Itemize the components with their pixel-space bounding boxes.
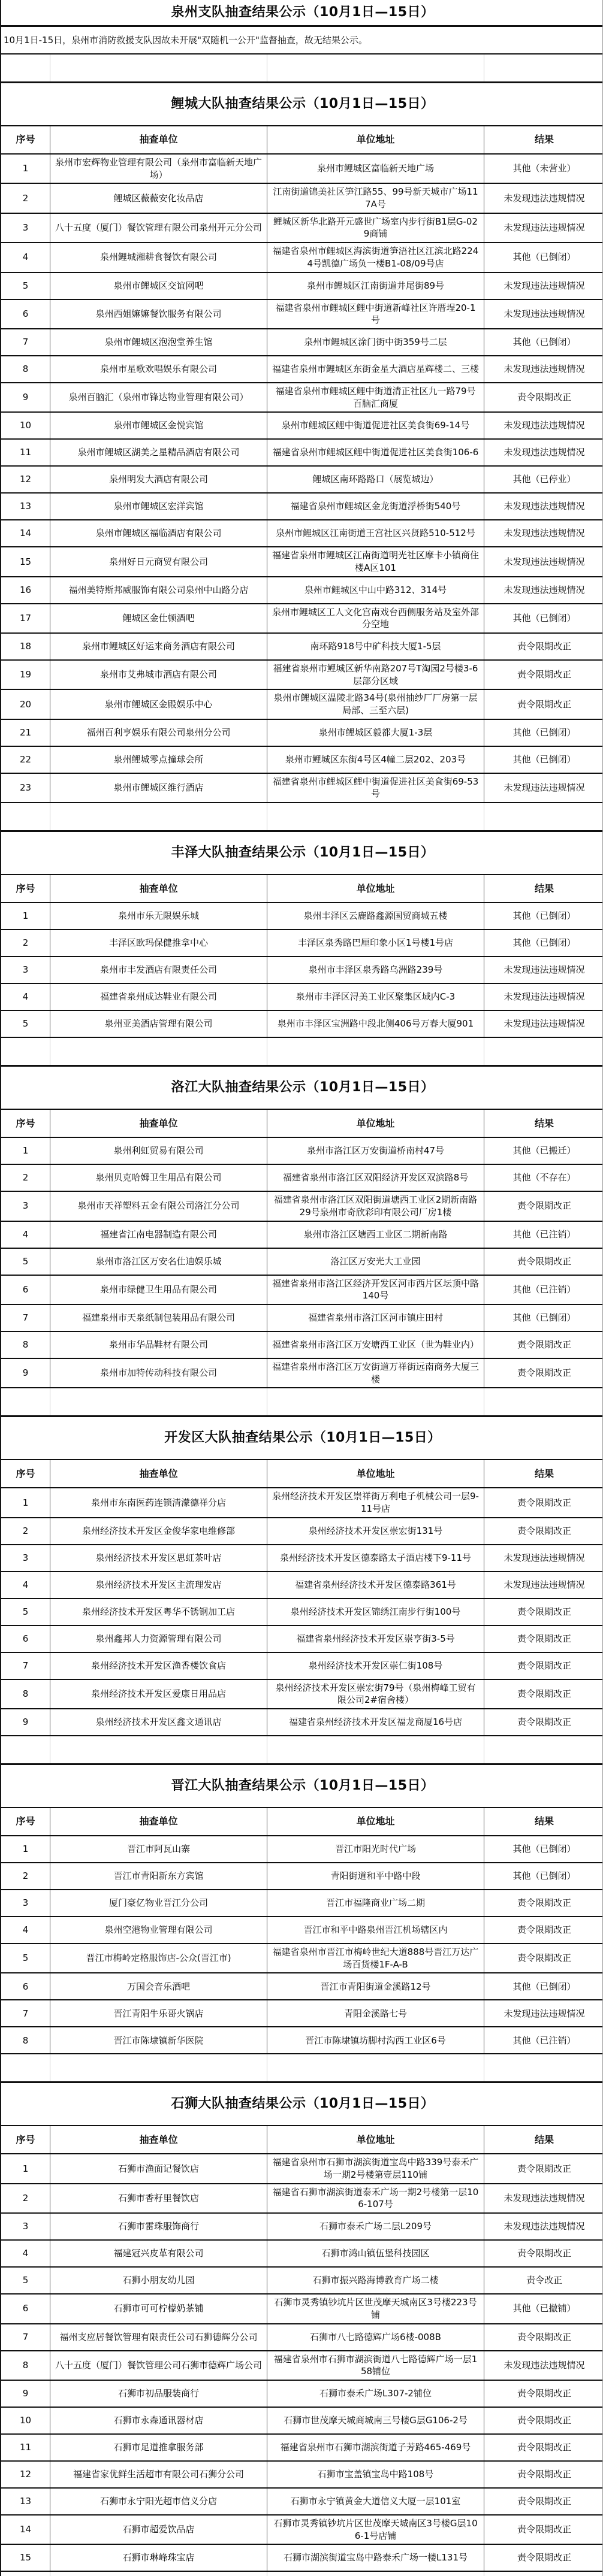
cell-address: 泉州经济技术开发区锦绣江南步行街100号 xyxy=(267,1599,484,1625)
cell-unit: 泉州贝克哈姆卫生用品有限公司 xyxy=(50,1165,267,1191)
cell-unit: 石狮市永森通讯器材店 xyxy=(50,2408,267,2433)
cell-no: 1 xyxy=(1,903,50,929)
cell-unit: 泉州市东南医药连锁清濛德祥分店 xyxy=(50,1488,267,1516)
cell-no: 7 xyxy=(1,1305,50,1331)
cell-result: 未发现违法违规情况 xyxy=(484,774,603,802)
table-row: 5泉州市鲤城区交谊网吧泉州市鲤城区江南街道井尾街89号未发现违法违规情况 xyxy=(1,273,602,300)
cell-unit: 泉州经济技术开发区粤华不锈钢加工店 xyxy=(50,1599,267,1625)
cell-address: 泉州市丰泽区宝洲路中段北侧406号万春大厦901 xyxy=(267,1011,484,1037)
cell-no: 17 xyxy=(1,604,50,632)
spacer-cell xyxy=(484,1388,603,1415)
cell-address: 福建省泉州市洛江区双阳经济开发区双滨路8号 xyxy=(267,1165,484,1191)
cell-address: 洛江区万安光大工业园 xyxy=(267,1249,484,1275)
table-row: 13石狮市永宁阳光超市信义分店石狮市永宁镇黄金大道信义大厦一层101室责令限期改… xyxy=(1,2489,602,2516)
cell-address: 福建省泉州市晋江市梅岭世纪大道888号晋江万达广场百货楼1F-A-B xyxy=(267,1944,484,1972)
column-header-address: 单位地址 xyxy=(267,2126,484,2153)
spacer-cell xyxy=(267,803,484,830)
cell-unit: 泉州经济技术开发区主流理发店 xyxy=(50,1572,267,1598)
column-header-unit: 抽查单位 xyxy=(50,875,267,902)
table-row: 4福建省泉州成达鞋业有限公司泉州市丰泽区浔美工业区聚集区域内C-3未发现违法违规… xyxy=(1,984,602,1011)
column-header-address: 单位地址 xyxy=(267,1110,484,1137)
cell-address: 福建省泉州经济技术开发区福龙商厦16号店 xyxy=(267,1709,484,1735)
table-row: 4泉州空港物业管理有限公司晋江市和平中路泉州晋江机场辖区内责令限期改正 xyxy=(1,1917,602,1944)
cell-no: 14 xyxy=(1,2516,50,2544)
cell-address: 泉州市鲤城区中山中路312、314号 xyxy=(267,577,484,603)
cell-unit: 福建泉州市天泉纸制包装用品有限公司 xyxy=(50,1305,267,1331)
column-header-row: 序号抽查单位单位地址结果 xyxy=(1,1110,602,1138)
cell-unit: 泉州经济技术开发区思虹茶叶店 xyxy=(50,1545,267,1571)
cell-address: 石狮市湖滨街道宝岛中路泰禾广场一楼L131号 xyxy=(267,2545,484,2571)
spacer-cell xyxy=(50,2572,267,2576)
table-row: 2晋江市青阳新东方宾馆青阳街道和平中路中段其他（已倒闭） xyxy=(1,1863,602,1890)
cell-no: 4 xyxy=(1,1222,50,1248)
table-row: 10泉州市鲤城区金悦宾馆泉州市鲤城区鲤中街道促进社区美食街69-14号未发现违法… xyxy=(1,413,602,440)
table-row: 4福建省江南电器制造有限公司泉州市洛江区塘西工业区二期新南路其他（已注销） xyxy=(1,1222,602,1249)
table-row: 6泉州西姐嫲嫲餐饮服务有限公司福建省泉州市鲤城区鲤中街道新峰社区许厝埕20-1号… xyxy=(1,300,602,329)
section-title: 鲤城大队抽查结果公示（10月1日—15日） xyxy=(1,83,603,125)
cell-unit: 泉州市天祥塑料五金有限公司洛江分公司 xyxy=(50,1192,267,1220)
table-row: 2泉州贝克哈姆卫生用品有限公司福建省泉州市洛江区双阳经济开发区双滨路8号其他（不… xyxy=(1,1165,602,1192)
cell-address: 福建省泉州市石狮市湖滨街道宝岛中路339号泰禾广场一期2号楼第壹层110铺 xyxy=(267,2154,484,2183)
table-row: 17鲤城区金仕顿酒吧泉州市鲤城区工人文化宫南戏台西侧服务站及室外部分空地其他（已… xyxy=(1,604,602,634)
cell-no: 14 xyxy=(1,520,50,546)
spacer-cell xyxy=(50,55,267,81)
cell-no: 1 xyxy=(1,1836,50,1862)
table-row: 18泉州市鲤城区好运来商务酒店有限公司南环路918号中矿科技大厦1-5层责令限期… xyxy=(1,634,602,661)
column-header-unit: 抽查单位 xyxy=(50,2126,267,2153)
cell-unit: 晋江青阳牛乐哥火锅店 xyxy=(50,2000,267,2026)
table-row: 5泉州经济技术开发区粤华不锈钢加工店泉州经济技术开发区锦绣江南步行街100号责令… xyxy=(1,1599,602,1626)
cell-result: 未发现违法违规情况 xyxy=(484,494,603,519)
cell-address: 泉州市鲤城区工人文化宫南戏台西侧服务站及室外部分空地 xyxy=(267,604,484,632)
column-header-no: 序号 xyxy=(1,1808,50,1835)
cell-address: 石狮市灵秀镇钞坑片区世茂摩天城南区3号楼223号铺 xyxy=(267,2295,484,2323)
cell-result: 其他（已撤铺） xyxy=(484,2295,603,2323)
table-row: 8泉州经济技术开发区爱康日用品店泉州经济技术开发区崇宏街79号（泉州梅峰工贸有限… xyxy=(1,1680,602,1709)
spacer-cell xyxy=(50,1736,267,1763)
cell-no: 5 xyxy=(1,273,50,299)
cell-address: 石狮市八七路德辉广场6楼-008B xyxy=(267,2324,484,2350)
section-title: 开发区大队抽查结果公示（10月1日—15日） xyxy=(1,1417,603,1459)
spacer-cell xyxy=(50,803,267,830)
cell-result: 未发现违法违规情况 xyxy=(484,577,603,603)
cell-unit: 鲤城区薇薇安化妆品店 xyxy=(50,184,267,212)
spacer-cell xyxy=(1,55,50,81)
cell-no: 6 xyxy=(1,1626,50,1652)
spacer-row xyxy=(1,1736,602,1765)
table-row: 2泉州经济技术开发区金俊华家电维修部泉州经济技术开发区崇宏街131号责令限期改正 xyxy=(1,1518,602,1545)
cell-no: 2 xyxy=(1,1165,50,1191)
cell-result: 责令限期改正 xyxy=(484,1192,603,1220)
column-header-unit: 抽查单位 xyxy=(50,126,267,153)
cell-result: 未发现违法违规情况 xyxy=(484,1011,603,1037)
column-header-unit: 抽查单位 xyxy=(50,1808,267,1835)
cell-result: 未发现违法违规情况 xyxy=(484,184,603,212)
cell-no: 5 xyxy=(1,1011,50,1037)
table-row: 22泉州鲤城零点撞球会所泉州市鲤城区东街4号区4幢二层202、203号其他（已倒… xyxy=(1,747,602,774)
cell-no: 5 xyxy=(1,1249,50,1275)
cell-result: 责令限期改正 xyxy=(484,2489,603,2514)
spacer-cell xyxy=(484,2572,603,2576)
inspection-results-sheet: 泉州支队抽查结果公示（10月1日—15日） 10月1日-15日，泉州市消防救援支… xyxy=(0,0,603,2576)
section-title-row-5: 石狮大队抽查结果公示（10月1日—15日） xyxy=(1,2083,602,2126)
cell-address: 泉州市鲤城区富临新天地广场 xyxy=(267,155,484,183)
table-row: 11石狮市足道推拿服务部福建省泉州市石狮市湖滨街道子芳路465-469号责令限期… xyxy=(1,2435,602,2462)
cell-result: 其他（已倒闭） xyxy=(484,747,603,773)
cell-result: 责令限期改正 xyxy=(484,690,603,718)
cell-unit: 福建省泉州成达鞋业有限公司 xyxy=(50,984,267,1010)
cell-address: 福建省泉州市鲤城区鲤中街道促进社区美食街106-6 xyxy=(267,440,484,465)
cell-unit: 八十五度（厦门）餐饮管理有限公司泉州开元分公司 xyxy=(50,214,267,242)
cell-no: 23 xyxy=(1,774,50,802)
spacer-cell xyxy=(484,803,603,830)
cell-no: 11 xyxy=(1,2435,50,2460)
cell-address: 福建省泉州市鲤城区东街金星大酒店星辉楼二、三楼 xyxy=(267,356,484,382)
table-row: 12泉州明发大酒店有限公司鲤城区南环路路口（展览城边）其他（已停业） xyxy=(1,467,602,494)
cell-no: 8 xyxy=(1,2027,50,2053)
table-row: 5石狮小朋友幼儿园石狮市振兴路海博教育广场二楼责令改正 xyxy=(1,2268,602,2295)
cell-result: 责令改正 xyxy=(484,2268,603,2293)
cell-address: 福建省泉州经济技术开发区崇亨街3-5号 xyxy=(267,1626,484,1652)
section-title-row-3: 开发区大队抽查结果公示（10月1日—15日） xyxy=(1,1417,602,1460)
note-row: 10月1日-15日，泉州市消防救援支队因故未开展"双随机一公开"监督抽查，故无结… xyxy=(1,27,602,55)
cell-unit: 石狮市香籽里餐饮店 xyxy=(50,2184,267,2212)
cell-result: 未发现违法违规情况 xyxy=(484,957,603,983)
table-row: 1石狮市渔面记餐饮店福建省泉州市石狮市湖滨街道宝岛中路339号泰禾广场一期2号楼… xyxy=(1,2154,602,2184)
column-header-row: 序号抽查单位单位地址结果 xyxy=(1,1460,602,1488)
cell-address: 泉州市鲤城区江南街道王宫社区兴贤路510-512号 xyxy=(267,520,484,546)
spacer-cell xyxy=(1,2054,50,2081)
cell-no: 9 xyxy=(1,1359,50,1387)
table-row: 3厦门豪亿物业晋江分公司晋江市福隆商业广场二期责令限期改正 xyxy=(1,1890,602,1917)
cell-no: 8 xyxy=(1,356,50,382)
cell-address: 石狮市灵秀镇钞坑片区世茂摩天城南区3号楼G层106-1号店铺 xyxy=(267,2516,484,2544)
cell-unit: 泉州百脑汇（泉州市锋达物业管理有限公司） xyxy=(50,383,267,411)
spacer-row xyxy=(1,2054,602,2083)
cell-result: 其他（已搬迁） xyxy=(484,1138,603,1164)
cell-unit: 泉州利虹贸易有限公司 xyxy=(50,1138,267,1164)
column-header-address: 单位地址 xyxy=(267,126,484,153)
cell-result: 责令限期改正 xyxy=(484,2241,603,2266)
cell-no: 13 xyxy=(1,494,50,519)
cell-unit: 晋江市梅岭定格服饰店-公众(晋江市) xyxy=(50,1944,267,1972)
cell-unit: 福州美特斯邦威服饰有限公司泉州中山路分店 xyxy=(50,577,267,603)
cell-result: 责令限期改正 xyxy=(484,2435,603,2460)
column-header-no: 序号 xyxy=(1,2126,50,2153)
spacer-cell xyxy=(484,1038,603,1065)
cell-unit: 丰泽区欧玛保健推拿中心 xyxy=(50,930,267,956)
cell-no: 21 xyxy=(1,720,50,746)
cell-unit: 泉州市鲤城区福临酒店有限公司 xyxy=(50,520,267,546)
cell-no: 12 xyxy=(1,2462,50,2487)
cell-address: 石狮市振兴路海博教育广场二楼 xyxy=(267,2268,484,2293)
cell-address: 泉州市丰泽区浔美工业区聚集区域内C-3 xyxy=(267,984,484,1010)
cell-unit: 石狮小朋友幼儿园 xyxy=(50,2268,267,2293)
cell-address: 晋江市阳光时代广场 xyxy=(267,1836,484,1862)
cell-no: 2 xyxy=(1,930,50,956)
cell-no: 2 xyxy=(1,1863,50,1889)
column-header-unit: 抽查单位 xyxy=(50,1110,267,1137)
cell-address: 南环路918号中矿科技大厦1-5层 xyxy=(267,634,484,659)
cell-result: 未发现违法违规情况 xyxy=(484,356,603,382)
cell-result: 其他（已倒闭） xyxy=(484,1305,603,1331)
table-row: 2石狮市香籽里餐饮店福建省石狮市湖滨街道泰禾广场一期2号楼第一层106-107号… xyxy=(1,2184,602,2214)
cell-address: 泉州市鲤城区涂门街中街359号二层 xyxy=(267,329,484,355)
page-title: 泉州支队抽查结果公示（10月1日—15日） xyxy=(1,0,603,25)
cell-address: 泉州经济技术开发区崇宏街79号（泉州梅峰工贸有限公司2#宿舍楼） xyxy=(267,1680,484,1708)
cell-unit: 泉州市鲤城区泡泡堂养生馆 xyxy=(50,329,267,355)
cell-address: 泉州市丰泽区泉秀路乌洲路239号 xyxy=(267,957,484,983)
cell-no: 5 xyxy=(1,1944,50,1972)
cell-unit: 泉州鲤城湘耕食餐饮有限公司 xyxy=(50,243,267,271)
table-row: 14石狮市超爱饮品店石狮市灵秀镇钞坑片区世茂摩天城南区3号楼G层106-1号店铺… xyxy=(1,2516,602,2545)
cell-unit: 泉州市加特传动科技有限公司 xyxy=(50,1359,267,1387)
cell-no: 12 xyxy=(1,467,50,492)
cell-address: 江南街道锦美社区笋江路55、99号新天城市广场117A号 xyxy=(267,184,484,212)
cell-address: 泉州经济技术开发区德泰路太子酒店楼下9-11号 xyxy=(267,1545,484,1571)
table-row: 13泉州市鲤城区宏洋宾馆福建省泉州市鲤城区金龙街道浮桥街540号未发现违法违规情… xyxy=(1,494,602,520)
spacer-cell xyxy=(484,55,603,81)
cell-result: 责令限期改正 xyxy=(484,1518,603,1544)
cell-address: 泉州市鲤城区东街4号区4幢二层202、203号 xyxy=(267,747,484,773)
section-title-row-1: 丰泽大队抽查结果公示（10月1日—15日） xyxy=(1,832,602,875)
cell-no: 19 xyxy=(1,661,50,689)
cell-result: 未发现违法违规情况 xyxy=(484,547,603,576)
cell-result: 责令限期改正 xyxy=(484,1249,603,1275)
cell-address: 石狮市泰禾广场二层L209号 xyxy=(267,2214,484,2239)
table-row: 1泉州利虹贸易有限公司泉州市洛江区万安街道桥南村47号其他（已搬迁） xyxy=(1,1138,602,1165)
table-row: 7泉州市鲤城区泡泡堂养生馆泉州市鲤城区涂门街中街359号二层其他（已倒闭） xyxy=(1,329,602,356)
spacer-cell xyxy=(267,2572,484,2576)
table-row: 3石狮市雷珠服饰商行石狮市泰禾广场二层L209号未发现违法违规情况 xyxy=(1,2214,602,2241)
cell-no: 3 xyxy=(1,1545,50,1571)
cell-address: 福建省泉州市洛江区万安塘西工业区（世为鞋业内） xyxy=(267,1332,484,1358)
cell-address: 福建省泉州市洛江区万安街道万祥街远南商务大厦三楼 xyxy=(267,1359,484,1387)
cell-unit: 泉州市鲤城区金悦宾馆 xyxy=(50,413,267,438)
cell-address: 石狮市宝盖镇宝岛中路108号 xyxy=(267,2462,484,2487)
cell-unit: 石狮市永宁阳光超市信义分店 xyxy=(50,2489,267,2514)
cell-unit: 石狮市渔面记餐饮店 xyxy=(50,2154,267,2183)
spacer-cell xyxy=(1,1388,50,1415)
spacer-cell xyxy=(1,1736,50,1763)
cell-address: 石狮市世茂摩天城商城南三号楼G层G106-2号 xyxy=(267,2408,484,2433)
table-row: 7福建泉州市天泉纸制包装用品有限公司福建省泉州市洛江区河市镇庄田村其他（已倒闭） xyxy=(1,1305,602,1332)
spacer-cell xyxy=(267,1038,484,1065)
cell-no: 2 xyxy=(1,184,50,212)
cell-no: 2 xyxy=(1,2184,50,2212)
cell-result: 责令限期改正 xyxy=(484,2324,603,2350)
column-header-result: 结果 xyxy=(484,1110,603,1137)
table-row: 20泉州市鲤城区金殿娱乐中心泉州市鲤城区温陵北路34号(泉州抽纱厂厂房第一层局部… xyxy=(1,690,602,719)
cell-result: 责令限期改正 xyxy=(484,634,603,659)
cell-address: 晋江市青阳街道金溪路12号 xyxy=(267,1973,484,1999)
cell-unit: 泉州市华晶鞋材有限公司 xyxy=(50,1332,267,1358)
note-text: 10月1日-15日，泉州市消防救援支队因故未开展"双随机一公开"监督抽查，故无结… xyxy=(1,27,603,53)
cell-result: 责令限期改正 xyxy=(484,1599,603,1625)
column-header-result: 结果 xyxy=(484,126,603,153)
cell-unit: 泉州市星歌欢唱娱乐有限公司 xyxy=(50,356,267,382)
cell-no: 20 xyxy=(1,690,50,718)
spacer-cell xyxy=(484,2054,603,2081)
table-row: 16福州美特斯邦威服饰有限公司泉州中山路分店泉州市鲤城区中山中路312、314号… xyxy=(1,577,602,604)
cell-address: 丰泽区泉秀路巴厘印象小区1号楼1号店 xyxy=(267,930,484,956)
table-row: 15石狮市琳峰珠宝店石狮市湖滨街道宝岛中路泰禾广场一楼L131号责令限期改正 xyxy=(1,2545,602,2572)
cell-no: 9 xyxy=(1,2381,50,2407)
cell-no: 4 xyxy=(1,984,50,1010)
table-row: 1泉州市乐无限娱乐城泉州丰泽区云鹿路鑫源国贸商城五楼其他（已倒闭） xyxy=(1,903,602,930)
table-row: 6泉州市绿健卫生用品有限公司福建省泉州市洛江区经济开发区河市西片区坛顶中路140… xyxy=(1,1276,602,1305)
cell-result: 未发现违法违规情况 xyxy=(484,2000,603,2026)
cell-no: 5 xyxy=(1,1599,50,1625)
table-row: 8泉州市星歌欢唱娱乐有限公司福建省泉州市鲤城区东街金星大酒店星辉楼二、三楼未发现… xyxy=(1,356,602,383)
column-header-row: 序号抽查单位单位地址结果 xyxy=(1,126,602,155)
cell-address: 福建省泉州市鲤城区江南街道明光社区摩卡小镇商住楼A区101 xyxy=(267,547,484,576)
cell-unit: 泉州市宏辉物业管理有限公司（泉州市富临新天地广场） xyxy=(50,155,267,183)
cell-address: 福建省泉州市鲤城区金龙街道浮桥街540号 xyxy=(267,494,484,519)
section-title-row-2: 洛江大队抽查结果公示（10月1日—15日） xyxy=(1,1067,602,1110)
spacer-cell xyxy=(267,1388,484,1415)
cell-result: 责令限期改正 xyxy=(484,1917,603,1943)
column-header-address: 单位地址 xyxy=(267,875,484,902)
spacer-cell xyxy=(267,55,484,81)
cell-result: 未发现违法违规情况 xyxy=(484,2351,603,2380)
spacer-cell xyxy=(1,1038,50,1065)
cell-result: 未发现违法违规情况 xyxy=(484,273,603,299)
cell-no: 10 xyxy=(1,2408,50,2433)
cell-unit: 泉州经济技术开发区鑫文通讯店 xyxy=(50,1709,267,1735)
column-header-result: 结果 xyxy=(484,1460,603,1487)
table-row: 19泉州市艾弗城市酒店有限公司福建省泉州市鲤城区新华南路207号T淘园2号楼3-… xyxy=(1,661,602,690)
spacer-cell xyxy=(1,2572,50,2576)
table-row: 7泉州经济技术开发区渔香楼饮食店泉州经济技术开发区崇仁街108号责令限期改正 xyxy=(1,1653,602,1680)
cell-result: 其他（已注销） xyxy=(484,2027,603,2053)
cell-unit: 泉州市鲤城区好运来商务酒店有限公司 xyxy=(50,634,267,659)
cell-no: 3 xyxy=(1,957,50,983)
cell-no: 4 xyxy=(1,1572,50,1598)
cell-no: 9 xyxy=(1,1709,50,1735)
spacer-row xyxy=(1,55,602,83)
table-row: 1晋江市阿瓦山寨晋江市阳光时代广场其他（已倒闭） xyxy=(1,1836,602,1863)
cell-no: 6 xyxy=(1,2295,50,2323)
table-row: 15泉州好日元商贸有限公司福建省泉州市鲤城区江南街道明光社区摩卡小镇商住楼A区1… xyxy=(1,547,602,577)
cell-no: 1 xyxy=(1,2154,50,2183)
cell-address: 泉州经济技术开发区崇宏街131号 xyxy=(267,1518,484,1544)
column-header-result: 结果 xyxy=(484,1808,603,1835)
table-row: 4泉州鲤城湘耕食餐饮有限公司福建省泉州市鲤城区海滨街道笋浯社区江滨北路2244号… xyxy=(1,243,602,273)
cell-unit: 泉州亚美酒店管理有限公司 xyxy=(50,1011,267,1037)
cell-unit: 石狮市足道推拿服务部 xyxy=(50,2435,267,2460)
cell-result: 未发现违法违规情况 xyxy=(484,2214,603,2239)
section-title: 洛江大队抽查结果公示（10月1日—15日） xyxy=(1,1067,603,1109)
table-row: 12福建省家优鲜生活超市有限公司石狮分公司石狮市宝盖镇宝岛中路108号责令限期改… xyxy=(1,2462,602,2489)
table-row: 4福建冠兴皮革有限公司石狮市鸿山镇伍堡科技园区责令限期改正 xyxy=(1,2241,602,2268)
cell-result: 责令限期改正 xyxy=(484,2154,603,2183)
cell-address: 鲤城区新华北路开元盛世广场室内步行街B1层G-029商铺 xyxy=(267,214,484,242)
cell-unit: 泉州经济技术开发区爱康日用品店 xyxy=(50,1680,267,1708)
cell-address: 泉州市鲤城区江南街道井尾街89号 xyxy=(267,273,484,299)
column-header-row: 序号抽查单位单位地址结果 xyxy=(1,875,602,903)
spacer-cell xyxy=(267,2054,484,2081)
section-title: 石狮大队抽查结果公示（10月1日—15日） xyxy=(1,2083,603,2125)
cell-no: 4 xyxy=(1,243,50,271)
cell-result: 未发现违法违规情况 xyxy=(484,984,603,1010)
cell-result: 其他（已停业） xyxy=(484,467,603,492)
table-row: 3八十五度（厦门）餐饮管理有限公司泉州开元分公司鲤城区新华北路开元盛世广场室内步… xyxy=(1,214,602,243)
cell-unit: 泉州市鲤城区湖美之星精品酒店有限公司 xyxy=(50,440,267,465)
cell-result: 责令限期改正 xyxy=(484,661,603,689)
cell-unit: 泉州市洛江区万安名仕迪娱乐城 xyxy=(50,1249,267,1275)
table-row: 5泉州市洛江区万安名仕迪娱乐城洛江区万安光大工业园责令限期改正 xyxy=(1,1249,602,1276)
table-row: 1泉州市宏辉物业管理有限公司（泉州市富临新天地广场）泉州市鲤城区富临新天地广场其… xyxy=(1,155,602,184)
table-row: 8晋江市陈埭镇新华医院晋江市陈埭镇坊脚村沟西工业区6号其他（已注销） xyxy=(1,2027,602,2054)
table-row: 9泉州百脑汇（泉州市锋达物业管理有限公司）福建省泉州市鲤城区鲤中街道清正社区九一… xyxy=(1,383,602,413)
column-header-address: 单位地址 xyxy=(267,1460,484,1487)
cell-no: 3 xyxy=(1,1890,50,1916)
table-row: 10石狮市永森通讯器材店石狮市世茂摩天城商城南三号楼G层G106-2号责令限期改… xyxy=(1,2408,602,2435)
section-title-row-4: 晋江大队抽查结果公示（10月1日—15日） xyxy=(1,1765,602,1808)
cell-no: 13 xyxy=(1,2489,50,2514)
cell-unit: 泉州好日元商贸有限公司 xyxy=(50,547,267,576)
cell-result: 其他（已倒闭） xyxy=(484,243,603,271)
cell-result: 未发现违法违规情况 xyxy=(484,300,603,328)
column-header-address: 单位地址 xyxy=(267,1808,484,1835)
cell-result: 责令限期改正 xyxy=(484,2462,603,2487)
table-row: 2鲤城区薇薇安化妆品店江南街道锦美社区笋江路55、99号新天城市广场117A号未… xyxy=(1,184,602,213)
cell-unit: 泉州市丰发酒店有限责任公司 xyxy=(50,957,267,983)
cell-address: 福建省泉州市洛江区河市镇庄田村 xyxy=(267,1305,484,1331)
cell-unit: 福州百利亨娱乐有限公司泉州分公司 xyxy=(50,720,267,746)
cell-unit: 泉州市绿健卫生用品有限公司 xyxy=(50,1276,267,1304)
cell-unit: 万国会音乐酒吧 xyxy=(50,1973,267,1999)
cell-address: 福建省泉州市洛江区经济开发区河市西片区坛顶中路140号 xyxy=(267,1276,484,1304)
cell-unit: 晋江市阿瓦山寨 xyxy=(50,1836,267,1862)
spacer-row xyxy=(1,1038,602,1067)
cell-no: 7 xyxy=(1,2324,50,2350)
table-row: 8八十五度（厦门）餐饮管理公司石狮市德辉广场公司福建省泉州市石狮市湖滨街道八七路… xyxy=(1,2351,602,2381)
cell-result: 其他（已倒闭） xyxy=(484,1973,603,1999)
cell-unit: 泉州市艾弗城市酒店有限公司 xyxy=(50,661,267,689)
cell-unit: 泉州明发大酒店有限公司 xyxy=(50,467,267,492)
section-title: 丰泽大队抽查结果公示（10月1日—15日） xyxy=(1,832,603,874)
cell-unit: 泉州市鲤城区维行酒店 xyxy=(50,774,267,802)
spacer-cell xyxy=(1,803,50,830)
cell-address: 泉州市鲤城区鲤中街道促进社区美食街69-14号 xyxy=(267,413,484,438)
cell-address: 晋江市福隆商业广场二期 xyxy=(267,1890,484,1916)
cell-address: 泉州丰泽区云鹿路鑫源国贸商城五楼 xyxy=(267,903,484,929)
cell-no: 8 xyxy=(1,2351,50,2380)
cell-no: 1 xyxy=(1,1138,50,1164)
table-row: 2丰泽区欧玛保健推拿中心丰泽区泉秀路巴厘印象小区1号楼1号店其他（已倒闭） xyxy=(1,930,602,957)
cell-address: 石狮市鸿山镇伍堡科技园区 xyxy=(267,2241,484,2266)
column-header-no: 序号 xyxy=(1,1110,50,1137)
cell-unit: 泉州市鲤城区宏洋宾馆 xyxy=(50,494,267,519)
cell-unit: 福建省家优鲜生活超市有限公司石狮分公司 xyxy=(50,2462,267,2487)
cell-result: 其他（已注销） xyxy=(484,1276,603,1304)
cell-result: 责令限期改正 xyxy=(484,2408,603,2433)
spacer-cell xyxy=(50,1388,267,1415)
cell-unit: 福建冠兴皮革有限公司 xyxy=(50,2241,267,2266)
table-row: 3泉州市丰发酒店有限责任公司泉州市丰泽区泉秀路乌洲路239号未发现违法违规情况 xyxy=(1,957,602,984)
cell-address: 泉州经济技术开发区崇祥街万利电子机械公司一层9-11号店 xyxy=(267,1488,484,1516)
cell-address: 鲤城区南环路路口（展览城边） xyxy=(267,467,484,492)
table-row: 11泉州市鲤城区湖美之星精品酒店有限公司福建省泉州市鲤城区鲤中街道促进社区美食街… xyxy=(1,440,602,467)
cell-no: 7 xyxy=(1,2000,50,2026)
page-title-row: 泉州支队抽查结果公示（10月1日—15日） xyxy=(1,0,602,27)
cell-unit: 泉州鲤城零点撞球会所 xyxy=(50,747,267,773)
cell-result: 其他（不存在） xyxy=(484,1165,603,1191)
cell-no: 15 xyxy=(1,2545,50,2571)
cell-result: 其他（已倒闭） xyxy=(484,329,603,355)
